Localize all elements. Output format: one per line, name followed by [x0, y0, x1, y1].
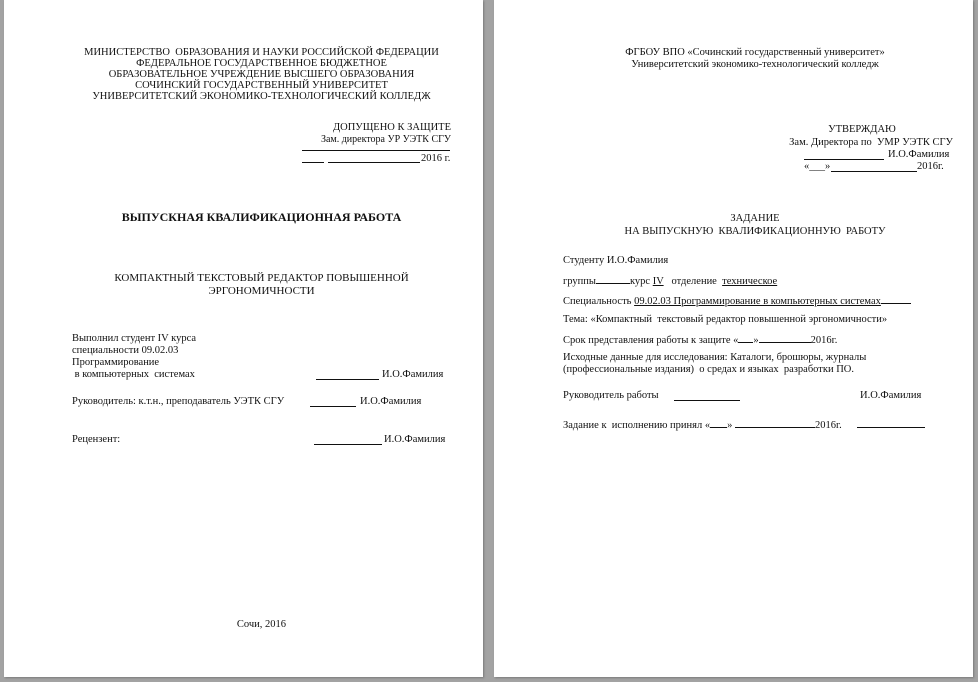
group-blank [596, 274, 630, 284]
approval-position: Зам. Директора по УМР УЭТК СГУ [789, 137, 953, 149]
author-line: специальности 09.02.03 [72, 345, 178, 357]
accepted-line: Задание к исполнению принял «» 2016г. [563, 418, 925, 432]
accepted-signature-line [857, 418, 925, 428]
approval-day: «___» [804, 161, 830, 173]
approval-year: 2016г. [917, 161, 944, 173]
specialty-blank [881, 294, 911, 304]
deadline-label: Срок представления работы к защите « [563, 335, 738, 346]
title-page: МИНИСТЕРСТВО ОБРАЗОВАНИЯ И НАУКИ РОССИЙС… [4, 0, 483, 677]
specialty-line: Специальность 09.02.03 Программирование … [563, 294, 911, 308]
day-blank [302, 162, 324, 163]
reviewer-name: И.О.Фамилия [384, 434, 445, 446]
work-supervisor-name: И.О.Фамилия [860, 390, 921, 402]
city-year: Сочи, 2016 [4, 619, 519, 631]
deadline-year: 2016г. [811, 335, 838, 346]
header-line: УНИВЕРСИТЕТСКИЙ ЭКОНОМИКО-ТЕХНОЛОГИЧЕСКИ… [4, 91, 519, 103]
supervisor-label: Руководитель: к.т.н., преподаватель УЭТК… [72, 396, 284, 408]
deadline-month-blank [759, 333, 811, 343]
approval-signature-line [804, 159, 884, 160]
title-line: ЗАДАНИЕ [494, 213, 978, 225]
approval-name: И.О.Фамилия [888, 149, 949, 161]
accepted-label: Задание к исполнению принял « [563, 420, 710, 431]
source-data-line: (профессиональные издания) о средах и яз… [563, 364, 854, 376]
work-supervisor-label: Руководитель работы [563, 390, 659, 402]
topic-line: КОМПАКТНЫЙ ТЕКСТОВЫЙ РЕДАКТОР ПОВЫШЕННОЙ [4, 272, 519, 284]
header-line: ФГБОУ ВПО «Сочинский государственный уни… [494, 47, 978, 59]
supervisor-name: И.О.Фамилия [360, 396, 421, 408]
accepted-month-blank [735, 418, 815, 428]
source-data-line: Исходные данные для исследования: Катало… [563, 352, 866, 364]
student-line: Студенту И.О.Фамилия [563, 255, 668, 267]
department-label: отделение [671, 276, 716, 287]
assignment-page: ФГБОУ ВПО «Сочинский государственный уни… [494, 0, 973, 677]
reviewer-label: Рецензент: [72, 434, 120, 446]
topic-line: ЭРГОНОМИЧНОСТИ [4, 285, 519, 297]
group-label: группы [563, 276, 596, 287]
accepted-day-blank [710, 418, 727, 428]
work-supervisor-signature-line [674, 400, 740, 401]
course-label: курс [630, 276, 650, 287]
author-line: Выполнил студент IV курса [72, 333, 196, 345]
document-type: ВЫПУСКНАЯ КВАЛИФИКАЦИОННАЯ РАБОТА [4, 211, 519, 223]
supervisor-signature-line [310, 406, 356, 407]
author-line: Программирование [72, 357, 159, 369]
approval-month-blank [831, 171, 917, 172]
admission-title: ДОПУЩЕНО К ЗАЩИТЕ [333, 122, 451, 134]
author-line: в компьютерных системах [72, 369, 195, 381]
reviewer-signature-line [314, 444, 382, 445]
month-blank [328, 162, 420, 163]
admission-date-year: 2016 г. [421, 153, 450, 165]
specialty-label: Специальность [563, 296, 631, 307]
deadline-line: Срок представления работы к защите «»201… [563, 333, 837, 347]
author-signature-line [316, 379, 379, 380]
title-line: НА ВЫПУСКНУЮ КВАЛИФИКАЦИОННУЮ РАБОТУ [494, 226, 978, 238]
approval-title: УТВЕРЖДАЮ [776, 124, 948, 136]
header-line: Университетский экономико-технологически… [494, 59, 978, 71]
accepted-year: 2016г. [815, 420, 842, 431]
topic-line: Тема: «Компактный текстовый редактор пов… [563, 314, 887, 326]
course-value: IV [653, 276, 664, 287]
author-name: И.О.Фамилия [382, 369, 443, 381]
department-value: техническое [722, 276, 777, 287]
deadline-day-blank [738, 333, 753, 343]
specialty-value: 09.02.03 Программирование в компьютерных… [634, 296, 881, 307]
admission-position: Зам. директора УР УЭТК СГУ [321, 134, 451, 146]
signature-line [302, 150, 450, 151]
group-line: группыкурс IV отделение техническое [563, 274, 777, 288]
accepted-quote: » [727, 420, 732, 431]
